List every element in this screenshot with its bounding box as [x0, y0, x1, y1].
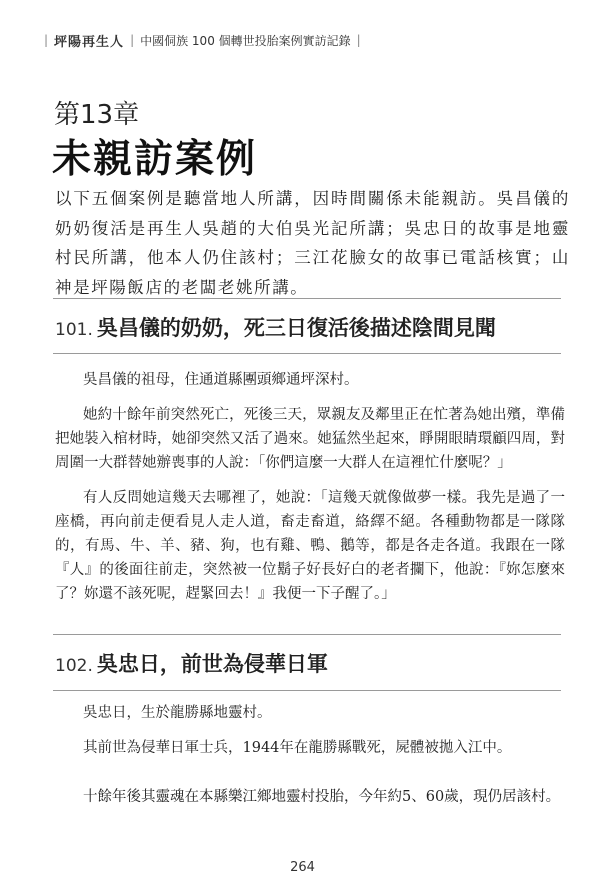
body-paragraph: 其前世為侵華日軍士兵，1944年在龍勝縣戰死，屍體被拋入江中。: [55, 736, 565, 760]
header-separator: |: [44, 33, 48, 47]
book-title: 坪陽再生人: [54, 31, 124, 50]
section-number: 101.: [55, 320, 93, 340]
body-paragraph: 吳昌儀的祖母，住通道縣團頭鄉通坪深村。: [55, 368, 565, 392]
body-paragraph: 吳忠日，生於龍勝縣地靈村。: [55, 701, 565, 725]
section-divider: [53, 690, 561, 691]
section-title: 吳忠日，前世為侵華日軍: [97, 648, 328, 678]
chapter-number: 第13章: [54, 94, 139, 131]
book-subtitle: 中國侗族 100 個轉世投胎案例實訪記錄: [140, 32, 351, 49]
page-number: 264: [0, 860, 605, 875]
header-separator: |: [357, 33, 361, 47]
section-heading-102: 102. 吳忠日，前世為侵華日軍: [55, 648, 328, 678]
running-header: | 坪陽再生人 | 中國侗族 100 個轉世投胎案例實訪記錄 |: [38, 30, 367, 50]
body-paragraph: 有人反問她這幾天去哪裡了，她說：「這幾天就像做夢一樣。我先是過了一座橋，再向前走…: [55, 486, 565, 606]
intro-paragraph: 以下五個案例是聽當地人所講，因時間關係未能親訪。吳昌儀的奶奶復活是再生人吳趙的大…: [55, 184, 570, 302]
body-paragraph: 十餘年後其靈魂在本縣樂江鄉地靈村投胎，今年約5、60歲，現仍居該村。: [55, 785, 565, 809]
body-paragraph: 她約十餘年前突然死亡，死後三天，眾親友及鄰里正在忙著為她出殯，準備把她裝入棺材時…: [55, 403, 565, 475]
section-title: 吳昌儀的奶奶，死三日復活後描述陰間見聞: [97, 312, 496, 342]
section-divider: [53, 634, 561, 635]
section-divider: [53, 353, 561, 354]
section-divider: [53, 298, 561, 299]
chapter-title: 未親訪案例: [52, 128, 257, 184]
section-heading-101: 101. 吳昌儀的奶奶，死三日復活後描述陰間見聞: [55, 312, 496, 342]
header-separator: |: [130, 33, 134, 47]
section-number: 102.: [55, 656, 93, 676]
